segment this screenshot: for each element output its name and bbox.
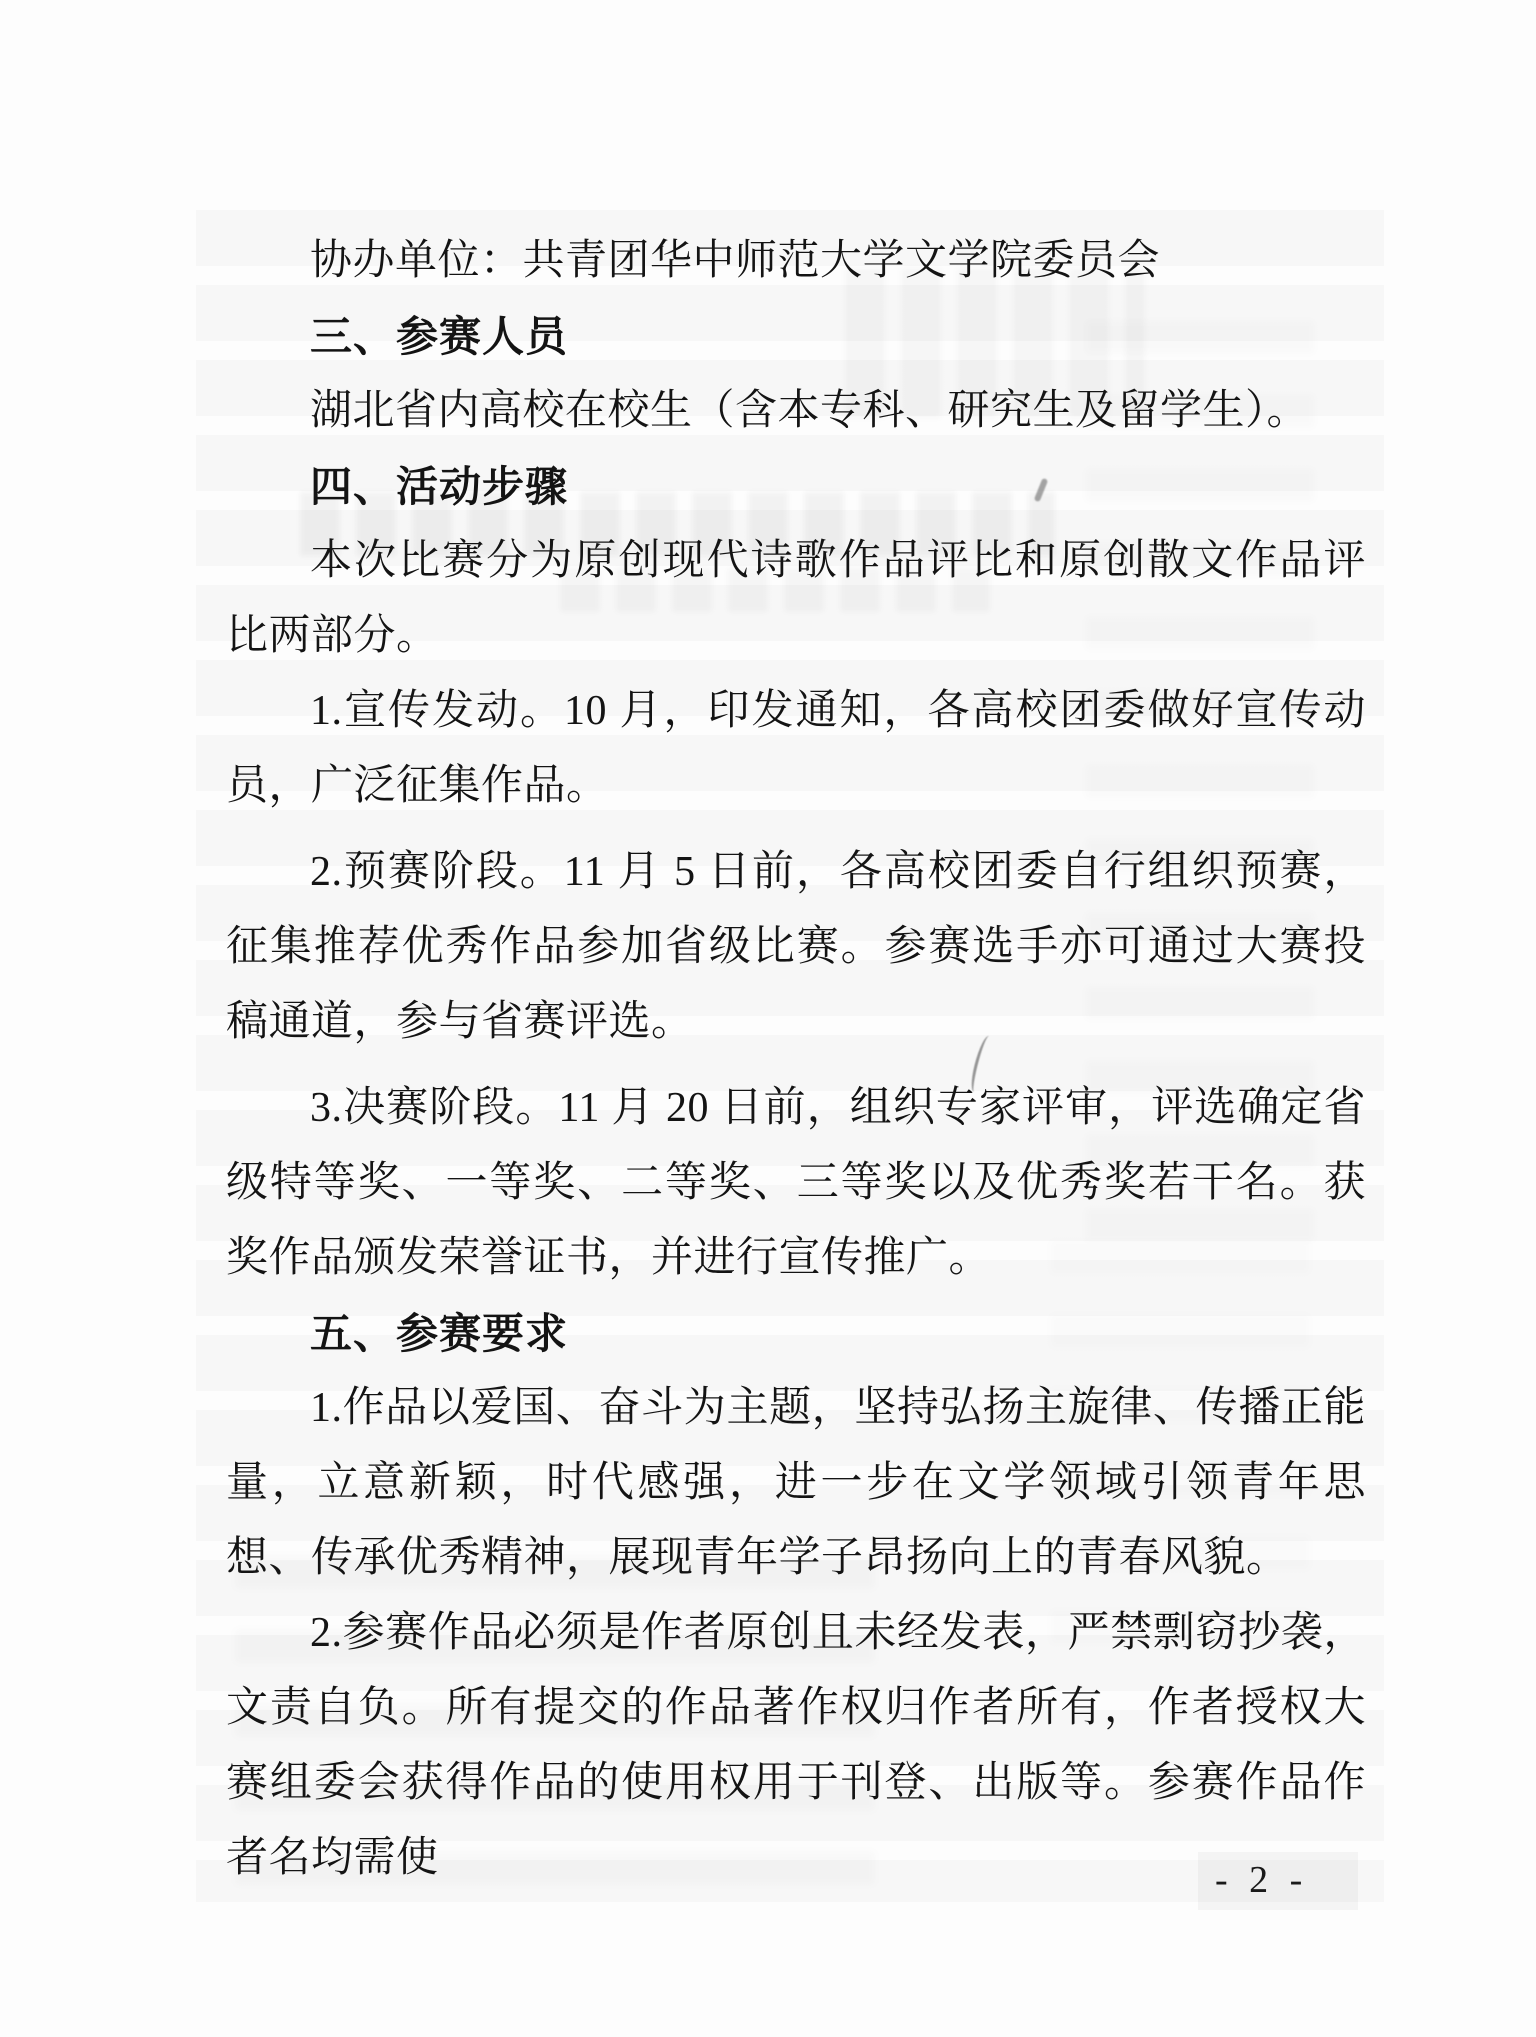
co-organizer-line: 协办单位：共青团华中师范大学文学院委员会 — [226, 224, 1366, 299]
step-3-final-paragraph: 3.决赛阶段。11 月 20 日前，组织专家评审，评选确定省级特等奖、一等奖、二… — [226, 1071, 1366, 1296]
requirement-1-paragraph: 1.作品以爱国、奋斗为主题，坚持弘扬主旋律、传播正能量，立意新颖，时代感强，进一… — [226, 1371, 1366, 1596]
section-heading-entry-requirements: 五、参赛要求 — [226, 1296, 1366, 1371]
section-heading-activity-steps: 四、活动步骤 — [226, 449, 1366, 524]
participants-paragraph: 湖北省内高校在校生（含本专科、研究生及留学生）。 — [226, 374, 1366, 449]
document-body: 协办单位：共青团华中师范大学文学院委员会 三、参赛人员 湖北省内高校在校生（含本… — [226, 224, 1366, 1896]
requirement-2-paragraph: 2.参赛作品必须是作者原创且未经发表，严禁剽窃抄袭，文责自负。所有提交的作品著作… — [226, 1596, 1366, 1896]
step-2-preliminary-paragraph: 2.预赛阶段。11 月 5 日前，各高校团委自行组织预赛，征集推荐优秀作品参加省… — [226, 835, 1366, 1060]
page-number: - 2 - — [1215, 1856, 1345, 1904]
steps-overview-paragraph: 本次比赛分为原创现代诗歌作品评比和原创散文作品评比两部分。 — [226, 524, 1366, 674]
section-heading-participants: 三、参赛人员 — [226, 299, 1366, 374]
scanned-document-page: 协办单位：共青团华中师范大学文学院委员会 三、参赛人员 湖北省内高校在校生（含本… — [0, 0, 1536, 2037]
step-1-publicity-paragraph: 1.宣传发动。10 月，印发通知，各高校团委做好宣传动员，广泛征集作品。 — [226, 674, 1366, 824]
